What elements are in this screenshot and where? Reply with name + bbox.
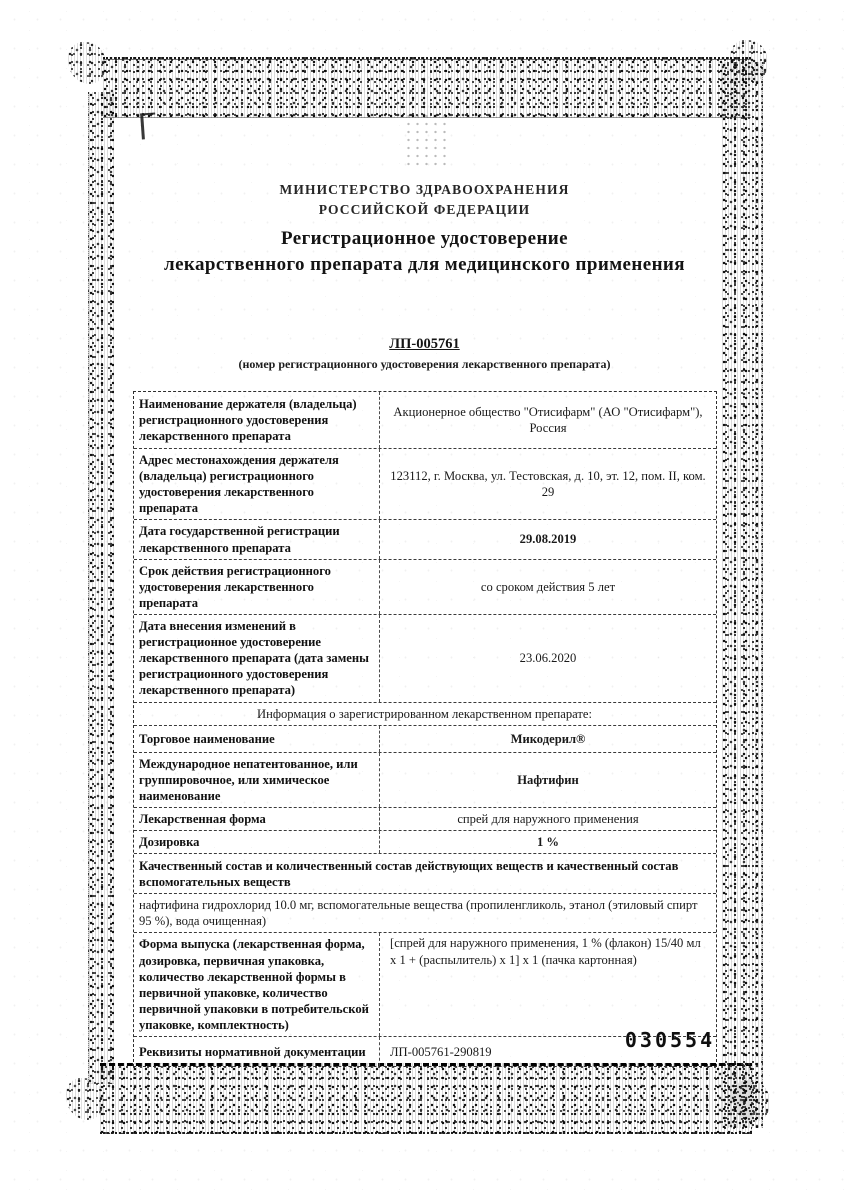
decorative-border-right [722, 62, 763, 1128]
dosage-label: Дозировка [134, 831, 379, 853]
trade-name-value: Микодерил® [379, 726, 716, 752]
decorative-border-bottom [100, 1063, 752, 1134]
registration-number-caption: (номер регистрационного удостоверения ле… [0, 357, 849, 372]
section-header: Информация о зарегистрированном лекарств… [134, 703, 716, 725]
inn-label: Международное непатентованное, или групп… [134, 753, 379, 807]
table-row-validity: Срок действия регистрационного удостовер… [134, 559, 716, 614]
ministry-name: МИНИСТЕРСТВО ЗДРАВООХРАНЕНИЯ РОССИЙСКОЙ … [0, 180, 849, 221]
table-row-amendment-date: Дата внесения изменений в регистрационно… [134, 614, 716, 702]
table-row-address: Адрес местонахождения держателя (владель… [134, 448, 716, 519]
scan-artifact-mark [140, 113, 157, 140]
document-title-line1: Регистрационное удостоверение [0, 226, 849, 252]
holder-value: Акционерное общество "Отисифарм" (АО "От… [379, 392, 716, 448]
composition-header: Качественный состав и количественный сос… [134, 854, 716, 893]
address-label: Адрес местонахождения держателя (владель… [134, 449, 379, 519]
registration-number: ЛП-005761 [0, 336, 849, 353]
border-corner-ornament [68, 42, 106, 84]
decorative-border-top [103, 57, 751, 118]
table-row-dosage-form: Лекарственная форма спрей для наружного … [134, 807, 716, 830]
scanned-certificate-page: МИНИСТЕРСТВО ЗДРАВООХРАНЕНИЯ РОССИЙСКОЙ … [0, 0, 849, 1200]
dosage-form-label: Лекарственная форма [134, 808, 379, 830]
ministry-line2: РОССИЙСКОЙ ФЕДЕРАЦИИ [0, 200, 849, 220]
amendment-date-label: Дата внесения изменений в регистрационно… [134, 615, 379, 702]
registration-date-value: 29.08.2019 [379, 520, 716, 558]
border-corner-ornament [66, 1078, 104, 1120]
dosage-value: 1 % [379, 831, 716, 853]
table-row-inn: Международное непатентованное, или групп… [134, 752, 716, 807]
table-row-dosage: Дозировка 1 % [134, 830, 716, 853]
serial-number: 030554 [600, 1028, 740, 1052]
document-title-line2: лекарственного препарата для медицинског… [0, 252, 849, 278]
holder-label: Наименование держателя (владельца) регис… [134, 392, 379, 448]
document-title: Регистрационное удостоверение лекарствен… [0, 226, 849, 277]
table-row-holder: Наименование держателя (владельца) регис… [134, 392, 716, 448]
coat-of-arms-icon [404, 112, 452, 166]
table-row-trade-name: Торговое наименование Микодерил® [134, 725, 716, 752]
validity-label: Срок действия регистрационного удостовер… [134, 560, 379, 614]
validity-value: со сроком действия 5 лет [379, 560, 716, 614]
table-row-composition: нафтифина гидрохлорид 10.0 мг, вспомогат… [134, 893, 716, 932]
registration-date-label: Дата государственной регистрации лекарст… [134, 520, 379, 558]
table-row-composition-header: Качественный состав и количественный сос… [134, 853, 716, 893]
table-row-section-header: Информация о зарегистрированном лекарств… [134, 702, 716, 725]
ministry-line1: МИНИСТЕРСТВО ЗДРАВООХРАНЕНИЯ [0, 180, 849, 200]
normative-docs-label: Реквизиты нормативной документации [134, 1037, 379, 1066]
composition-value: нафтифина гидрохлорид 10.0 мг, вспомогат… [134, 894, 716, 932]
release-form-value: [спрей для наружного применения, 1 % (фл… [379, 933, 716, 1036]
release-form-label: Форма выпуска (лекарственная форма, дози… [134, 933, 379, 1036]
trade-name-label: Торговое наименование [134, 726, 379, 752]
dosage-form-value: спрей для наружного применения [379, 808, 716, 830]
table-row-release-form: Форма выпуска (лекарственная форма, дози… [134, 932, 716, 1036]
inn-value: Нафтифин [379, 753, 716, 807]
registry-table: Наименование держателя (владельца) регис… [133, 391, 717, 1067]
amendment-date-value: 23.06.2020 [379, 615, 716, 702]
table-row-registration-date: Дата государственной регистрации лекарст… [134, 519, 716, 558]
address-value: 123112, г. Москва, ул. Тестовская, д. 10… [379, 449, 716, 519]
